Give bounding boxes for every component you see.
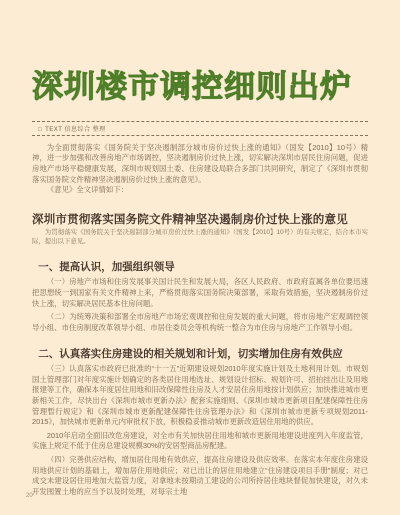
section-2-paragraph-3: （四）完善供应结构，增加居住用地有效供应，提高住房建设及供应效率。在落实本年度住… (32, 455, 368, 497)
section-1-paragraph-1: （一）房地产市场和住房发展事关国计民生和发展大局，各区人民政府、市政府直属各单位… (32, 277, 368, 309)
magazine-page: 深圳楼市调控细则出炉 □TEXT 信息综合 整理 为全面贯彻落实《国务院关于坚决… (0, 0, 400, 515)
page-title: 深圳楼市调控细则出炉 (32, 0, 368, 107)
section-1-heading: 一、提高认识，加强组织领导 (32, 259, 368, 274)
intro-paragraph: 为全面贯彻落实《国务院关于坚决遏制部分城市房价过快上涨的通知》（国发【2010】… (32, 143, 368, 185)
document-title: 深圳市贯彻落实国务院文件精神坚决遏制房价过快上涨的意见 (32, 211, 368, 227)
divider-bottom (32, 135, 368, 136)
section-2-paragraph-2: 2010年启动全面旧改危房建设，对全市有关加快居住用地和城市更新用地建设进度列入… (32, 431, 368, 452)
byline-block: □TEXT 信息综合 整理 (32, 121, 368, 136)
section-2-paragraph-1: （三）认真落实市政府已批准的“十一五”近期建设规划2010年度实施计划及土地利用… (32, 364, 368, 428)
page-number: 20 (26, 493, 33, 499)
section-2-heading: 二、认真落实住房建设的相关规划和计划，切实增加住房有效供应 (32, 346, 368, 361)
document-note: 为贯彻落实《国务院关于坚决遏制部分城市房价过快上涨的通知》（国发【2010】10… (32, 229, 368, 247)
byline-text: TEXT 信息综合 整理 (45, 127, 106, 133)
intro-note: 《意见》全文详情如下： (32, 185, 368, 196)
byline: □TEXT 信息综合 整理 (32, 122, 368, 135)
section-1-paragraph-2: （二）为统筹决策和部署全市房地产市场宏观调控和住房发展的重大问题，将市房地产宏观… (32, 312, 368, 333)
square-bullet-icon: □ (38, 127, 42, 133)
